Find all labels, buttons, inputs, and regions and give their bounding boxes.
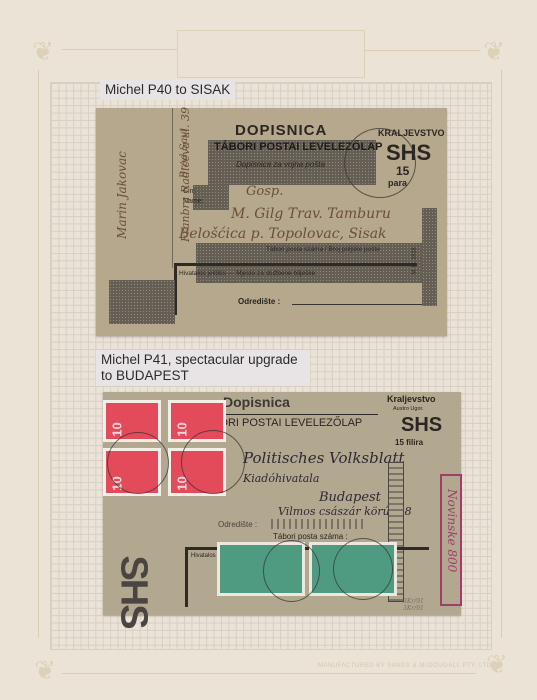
destination-label: Odredište :: [238, 297, 280, 306]
griffin-ornament-icon: ❦: [32, 657, 58, 685]
purple-handstamp: Novinske 800: [440, 474, 462, 606]
address-line-2: Kiadóhivatala: [243, 472, 319, 485]
frame-right-line: [501, 70, 502, 638]
frame-bar-horizontal: [174, 263, 417, 266]
indicium-value: 15 filira: [395, 438, 423, 447]
frame-left-line: [38, 70, 39, 638]
griffin-ornament-icon: ❦: [30, 38, 56, 66]
card-heading: DOPISNICA: [235, 122, 327, 139]
side-imprint: M. kr. 1918: [412, 247, 418, 274]
page-title-box: [177, 30, 365, 78]
address-line-2: M. Gilg Trav. Tamburu: [231, 206, 391, 222]
postal-card-p41[interactable]: Dopisnica TÁBORI POSTAI LEVELEZŐLAP Kral…: [103, 392, 461, 615]
sender-vertical-3: Brod Savi: [179, 129, 190, 178]
form-line: Hivatalos jelölés — Mjesto za službene b…: [179, 270, 315, 277]
purple-handstamp-text: Novinske 800: [445, 489, 459, 589]
form-line: Hivatalos: [191, 553, 216, 559]
frame-bar-vertical: [185, 547, 188, 607]
postmark: [344, 128, 416, 198]
card-subline: Dopisnica za vojna pošta: [236, 160, 325, 169]
shs-overprint: SHS: [112, 555, 155, 627]
address-line-3: Belošćica p. Topolovac, Sisak: [179, 226, 387, 242]
form-block: Tábori posta száma :: [273, 532, 348, 541]
postmark: [107, 432, 169, 494]
rule: [206, 414, 378, 415]
pencil-note: 3Kr/91 3Kr/91: [403, 598, 433, 612]
address-line-3: Budapest: [319, 490, 381, 505]
form-block: Tábori posta száma / Broj poljske pošte: [266, 246, 380, 253]
footer-imprint: MANUFACTURED BY SANDS & McDOUGALL PTY. L…: [318, 663, 494, 669]
caption-item-1: Michel P40 to SISAK: [100, 80, 235, 100]
caption-item-2: Michel P41, spectacular upgrade to BUDAP…: [96, 350, 310, 386]
griffin-ornament-icon: ❦: [481, 38, 507, 66]
divider-line: [172, 108, 173, 268]
postmark: [333, 538, 393, 600]
halftone-block: [422, 208, 437, 306]
ornamental-block: [271, 519, 363, 529]
halftone-block: [109, 280, 175, 324]
sender-vertical-1: Marin Jakovac: [115, 151, 129, 239]
address-line-1: Gosp.: [246, 184, 283, 199]
postmark: [181, 430, 245, 494]
frame-bottom-line: [62, 673, 476, 674]
destination-field: [292, 304, 422, 305]
frame-top-right-line: [364, 50, 480, 51]
indicium-sub: Austro Ugor.: [393, 406, 424, 412]
destination-label: Odredište :: [218, 520, 257, 529]
postmark: [263, 540, 320, 602]
indicium-country: SHS: [401, 414, 442, 437]
indicium-top: Kraljevstvo: [387, 394, 436, 404]
postal-card-p40[interactable]: DOPISNICA TÁBORI POSTAI LEVELEZŐLAP Dopi…: [96, 108, 447, 336]
card-heading: Dopisnica: [223, 394, 290, 410]
address-line-1: Politisches Volksblatt: [243, 449, 405, 467]
frame-top-left-line: [62, 49, 177, 50]
caption-item-2-text: Michel P41, spectacular upgrade to BUDAP…: [101, 352, 298, 383]
